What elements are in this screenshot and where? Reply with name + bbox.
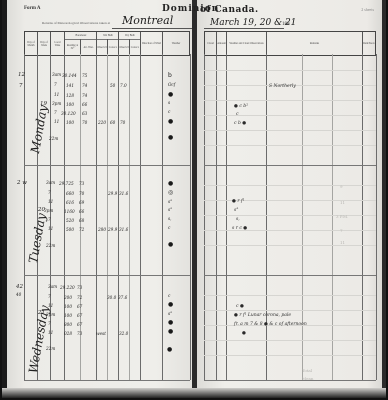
- rule: [266, 54, 267, 380]
- time-cell: 7: [54, 82, 57, 87]
- right-header: of Canada. 2 sheets March 19, 20 & 21 18…: [196, 0, 386, 30]
- baro-cell: 30.144: [62, 73, 77, 78]
- weather-cell: s°: [168, 207, 172, 212]
- time-cell: 3pm: [46, 312, 55, 317]
- cloud-observation: ● c b²: [234, 104, 248, 109]
- col-amount: Amount: [216, 32, 226, 55]
- weather-cell: ●: [168, 328, 173, 335]
- col-wind-direction: Direction of Wind: [140, 32, 162, 55]
- rule: [140, 54, 141, 380]
- rule: [302, 54, 303, 380]
- bleed-through-text: 9: [340, 184, 343, 189]
- day-separator: [204, 380, 376, 381]
- bleed-through-text: 7: [340, 228, 343, 233]
- baro-cell: 100: [66, 120, 74, 125]
- cloud-observation: s,: [236, 217, 240, 222]
- baro-cell: 500: [66, 227, 74, 232]
- ruled-line: [204, 70, 376, 71]
- day-mark: 42: [16, 284, 23, 290]
- rule: [376, 54, 377, 380]
- col-remarks: Remarks: [266, 32, 362, 55]
- rule: [332, 54, 333, 380]
- date-underline: [204, 28, 284, 29]
- bleed-through-text: Total: [302, 368, 312, 373]
- weather-cell: ●: [168, 301, 173, 308]
- time-cell: 7: [48, 217, 51, 222]
- remark-text: S Northerly: [269, 84, 296, 89]
- col-att-ther: Att. Ther.: [80, 39, 96, 55]
- att-cell: 73: [77, 331, 82, 336]
- side-mark: 7: [19, 83, 23, 89]
- col-baro-reading: Reading at 32°: [64, 39, 80, 55]
- dry-cell: 31.6: [119, 227, 128, 232]
- bleed-through-text: 11: [340, 240, 345, 245]
- day-separator: [24, 275, 190, 276]
- time-cell: 3pm: [44, 208, 53, 213]
- weather-cell: s°: [168, 311, 172, 316]
- ruled-line: [204, 245, 376, 246]
- baro-cell: 660: [66, 191, 74, 196]
- baro-cell: 800: [64, 322, 72, 327]
- day-separator: [24, 380, 190, 381]
- att-cell: 73: [77, 285, 82, 290]
- station-name: Montreal: [122, 14, 173, 27]
- cloud-observation: ● r f¹ Lunar corona, pale: [234, 313, 291, 318]
- cloud-observation: c b ●: [234, 121, 246, 126]
- col-day-of-week: Day of Week: [37, 32, 50, 55]
- rule: [226, 54, 227, 380]
- ruled-line: [204, 310, 376, 311]
- att-cell: 72: [79, 227, 84, 232]
- day-mark: 12: [18, 72, 25, 78]
- wet-corrected-cell: 60: [110, 120, 115, 125]
- returns-caption: Returns of Meteorological Observations t…: [42, 21, 110, 25]
- time-cell: 3am: [46, 180, 55, 185]
- dry-cell: 32.0: [119, 331, 128, 336]
- day-separator: [204, 275, 376, 276]
- ruled-line: [204, 215, 376, 216]
- att-cell: 63: [82, 111, 87, 116]
- day-of-month: 19: [40, 101, 47, 107]
- col-local-time: Local Time: [50, 32, 64, 55]
- title-of-canada: of Canada.: [200, 5, 259, 15]
- weather-cell: ●: [168, 134, 173, 141]
- time-cell: 11: [48, 303, 53, 308]
- bleed-through-text: 11: [340, 200, 345, 205]
- form-label: Form A: [24, 6, 41, 11]
- ledger-scan: Form A Dominion Returns of Meteorologica…: [2, 0, 386, 398]
- weather-cell: ●: [168, 241, 173, 248]
- weather-cell: ●: [168, 180, 173, 187]
- ruled-line: [204, 230, 376, 231]
- dry-corrected-cell: 31.6: [119, 191, 128, 196]
- bleed-through-text: 3 P.M.: [336, 214, 348, 219]
- dry-cell: 70: [120, 120, 125, 125]
- right-page: [196, 0, 386, 398]
- col-dry-observed: Observ'd: [118, 39, 129, 55]
- time-cell: 3pm: [52, 101, 61, 106]
- year-suffix: 188: [282, 22, 290, 27]
- att-cell: 67: [77, 322, 82, 327]
- col-day-of-month: Day of Month: [24, 32, 37, 55]
- time-cell: 22m: [46, 243, 55, 248]
- cloud-observation: s°: [234, 208, 239, 213]
- rule: [204, 54, 205, 380]
- book-edge-right: [382, 0, 386, 398]
- weather-cell: s°: [168, 199, 172, 204]
- baro-cell: 100: [66, 102, 74, 107]
- col-weather: Weather: [162, 32, 190, 55]
- cloud-observation: fr. a m 7 & 8 ● & c of afternoon: [234, 322, 307, 327]
- att-cell: 67: [77, 313, 82, 318]
- wet-cell: 280: [98, 227, 106, 232]
- day-of-month: 21: [38, 310, 45, 316]
- book-gutter: [192, 0, 197, 398]
- ruled-line: [204, 145, 376, 146]
- wet-cell: 220: [98, 120, 106, 125]
- col-wet-observed: Observ'd: [96, 39, 107, 55]
- ruled-line: [204, 200, 376, 201]
- baro-cell: 141: [66, 83, 74, 88]
- baro-cell: 028: [64, 331, 72, 336]
- att-cell: 73: [79, 181, 84, 186]
- time-cell: 7: [48, 321, 51, 326]
- time-cell: 7: [54, 110, 57, 115]
- corner-note: 2 sheets: [361, 7, 374, 12]
- baro-cell: 520: [66, 218, 74, 223]
- att-cell: 69: [79, 200, 84, 205]
- att-cell: 70: [79, 191, 84, 196]
- weather-cell: ●: [168, 319, 173, 326]
- time-cell: 3am: [48, 284, 57, 289]
- rule: [24, 54, 25, 380]
- att-cell: 66: [79, 209, 84, 214]
- weather-cell: c: [168, 293, 170, 298]
- weather-cell: ●: [168, 91, 173, 98]
- col-cloud-observations: Weather and Cloud Observations: [226, 32, 266, 55]
- weather-cell: s: [168, 100, 170, 105]
- time-cell: 11: [54, 119, 59, 124]
- dry-cell: 50: [110, 83, 115, 88]
- col-rain-snow: Rain/Snow: [362, 32, 376, 55]
- ruled-line: [204, 340, 376, 341]
- rule: [162, 54, 163, 380]
- att-cell: 74: [82, 93, 87, 98]
- weather-cell: ◎: [168, 189, 173, 196]
- cloud-observation: ● r f¹: [232, 199, 244, 204]
- baro-cell: 100: [64, 313, 72, 318]
- time-cell: 11: [48, 199, 53, 204]
- weather-cell: ●: [168, 118, 173, 125]
- cloud-observation: c: [236, 112, 239, 117]
- cloud-observation: c ●: [236, 304, 244, 309]
- dry-corrected-cell: 7.0: [120, 83, 127, 88]
- wet-cell: west: [96, 331, 106, 336]
- col-cloud: Cloud: [204, 32, 216, 55]
- ruled-line: [204, 355, 376, 356]
- weather-cell: c: [168, 225, 170, 230]
- weather-cell: s,: [168, 216, 171, 221]
- time-cell: 22m: [46, 346, 55, 351]
- cloud-observation: ●: [242, 331, 246, 336]
- ruled-line: [204, 130, 376, 131]
- weather-cell: c: [168, 109, 170, 114]
- time-cell: 11: [54, 92, 59, 97]
- att-cell: 75: [82, 73, 87, 78]
- att-cell: 68: [79, 218, 84, 223]
- weather-cell: Ocf: [168, 82, 175, 87]
- baro-cell: 29.725: [59, 181, 74, 186]
- book-bottom-edge: [2, 388, 386, 398]
- baro-cell: 1160: [64, 209, 75, 214]
- baro-cell: 128: [66, 93, 74, 98]
- time-cell: 7: [48, 190, 51, 195]
- cloud-observation: s r c ●: [232, 226, 247, 231]
- left-table-header: Day of Month Day of Week Local Time Baro…: [24, 31, 190, 56]
- baro-cell: 616: [66, 200, 74, 205]
- time-cell: 11: [48, 226, 53, 231]
- side-mark: 40: [16, 292, 21, 297]
- baro-cell: 29.220: [60, 285, 75, 290]
- time-cell: 11: [48, 330, 53, 335]
- att-cell: 70: [82, 120, 87, 125]
- ruled-line: [204, 100, 376, 101]
- col-dry-corrected: Correct.: [129, 39, 140, 55]
- rule: [216, 54, 217, 380]
- day-separator: [24, 165, 190, 166]
- ruled-line: [204, 115, 376, 116]
- book-edge-left: [2, 0, 7, 398]
- day-separator: [204, 165, 376, 166]
- time-cell: 3am: [52, 72, 61, 77]
- right-table-header: Cloud Amount Weather and Cloud Observati…: [204, 31, 376, 56]
- dry-cell: 30.0: [107, 295, 116, 300]
- day-mark: 2 w: [17, 180, 27, 186]
- weather-cell: ●: [167, 346, 172, 353]
- rule: [129, 54, 130, 380]
- baro-cell: 100: [64, 304, 72, 309]
- ruled-line: [204, 185, 376, 186]
- col-wet-corrected: Correct.: [107, 39, 118, 55]
- att-cell: 72: [77, 295, 82, 300]
- rule: [362, 54, 363, 380]
- att-cell: 74: [82, 83, 87, 88]
- bleed-through-text: Mean: [302, 376, 313, 381]
- time-cell: 22m: [49, 136, 58, 141]
- att-cell: 66: [82, 102, 87, 107]
- weather-cell: b: [168, 72, 172, 79]
- ruled-line: [204, 295, 376, 296]
- rule: [107, 54, 108, 380]
- dry-corrected-cell: 37.6: [118, 295, 127, 300]
- baro-cell: 30.120: [61, 111, 76, 116]
- station-underline: [112, 28, 192, 29]
- wet-corrected-cell: 29.9: [108, 227, 117, 232]
- time-cell: 7: [48, 294, 51, 299]
- att-cell: 67: [77, 304, 82, 309]
- baro-cell: 200: [64, 295, 72, 300]
- dry-cell: 29.9: [108, 191, 117, 196]
- rule: [190, 54, 191, 380]
